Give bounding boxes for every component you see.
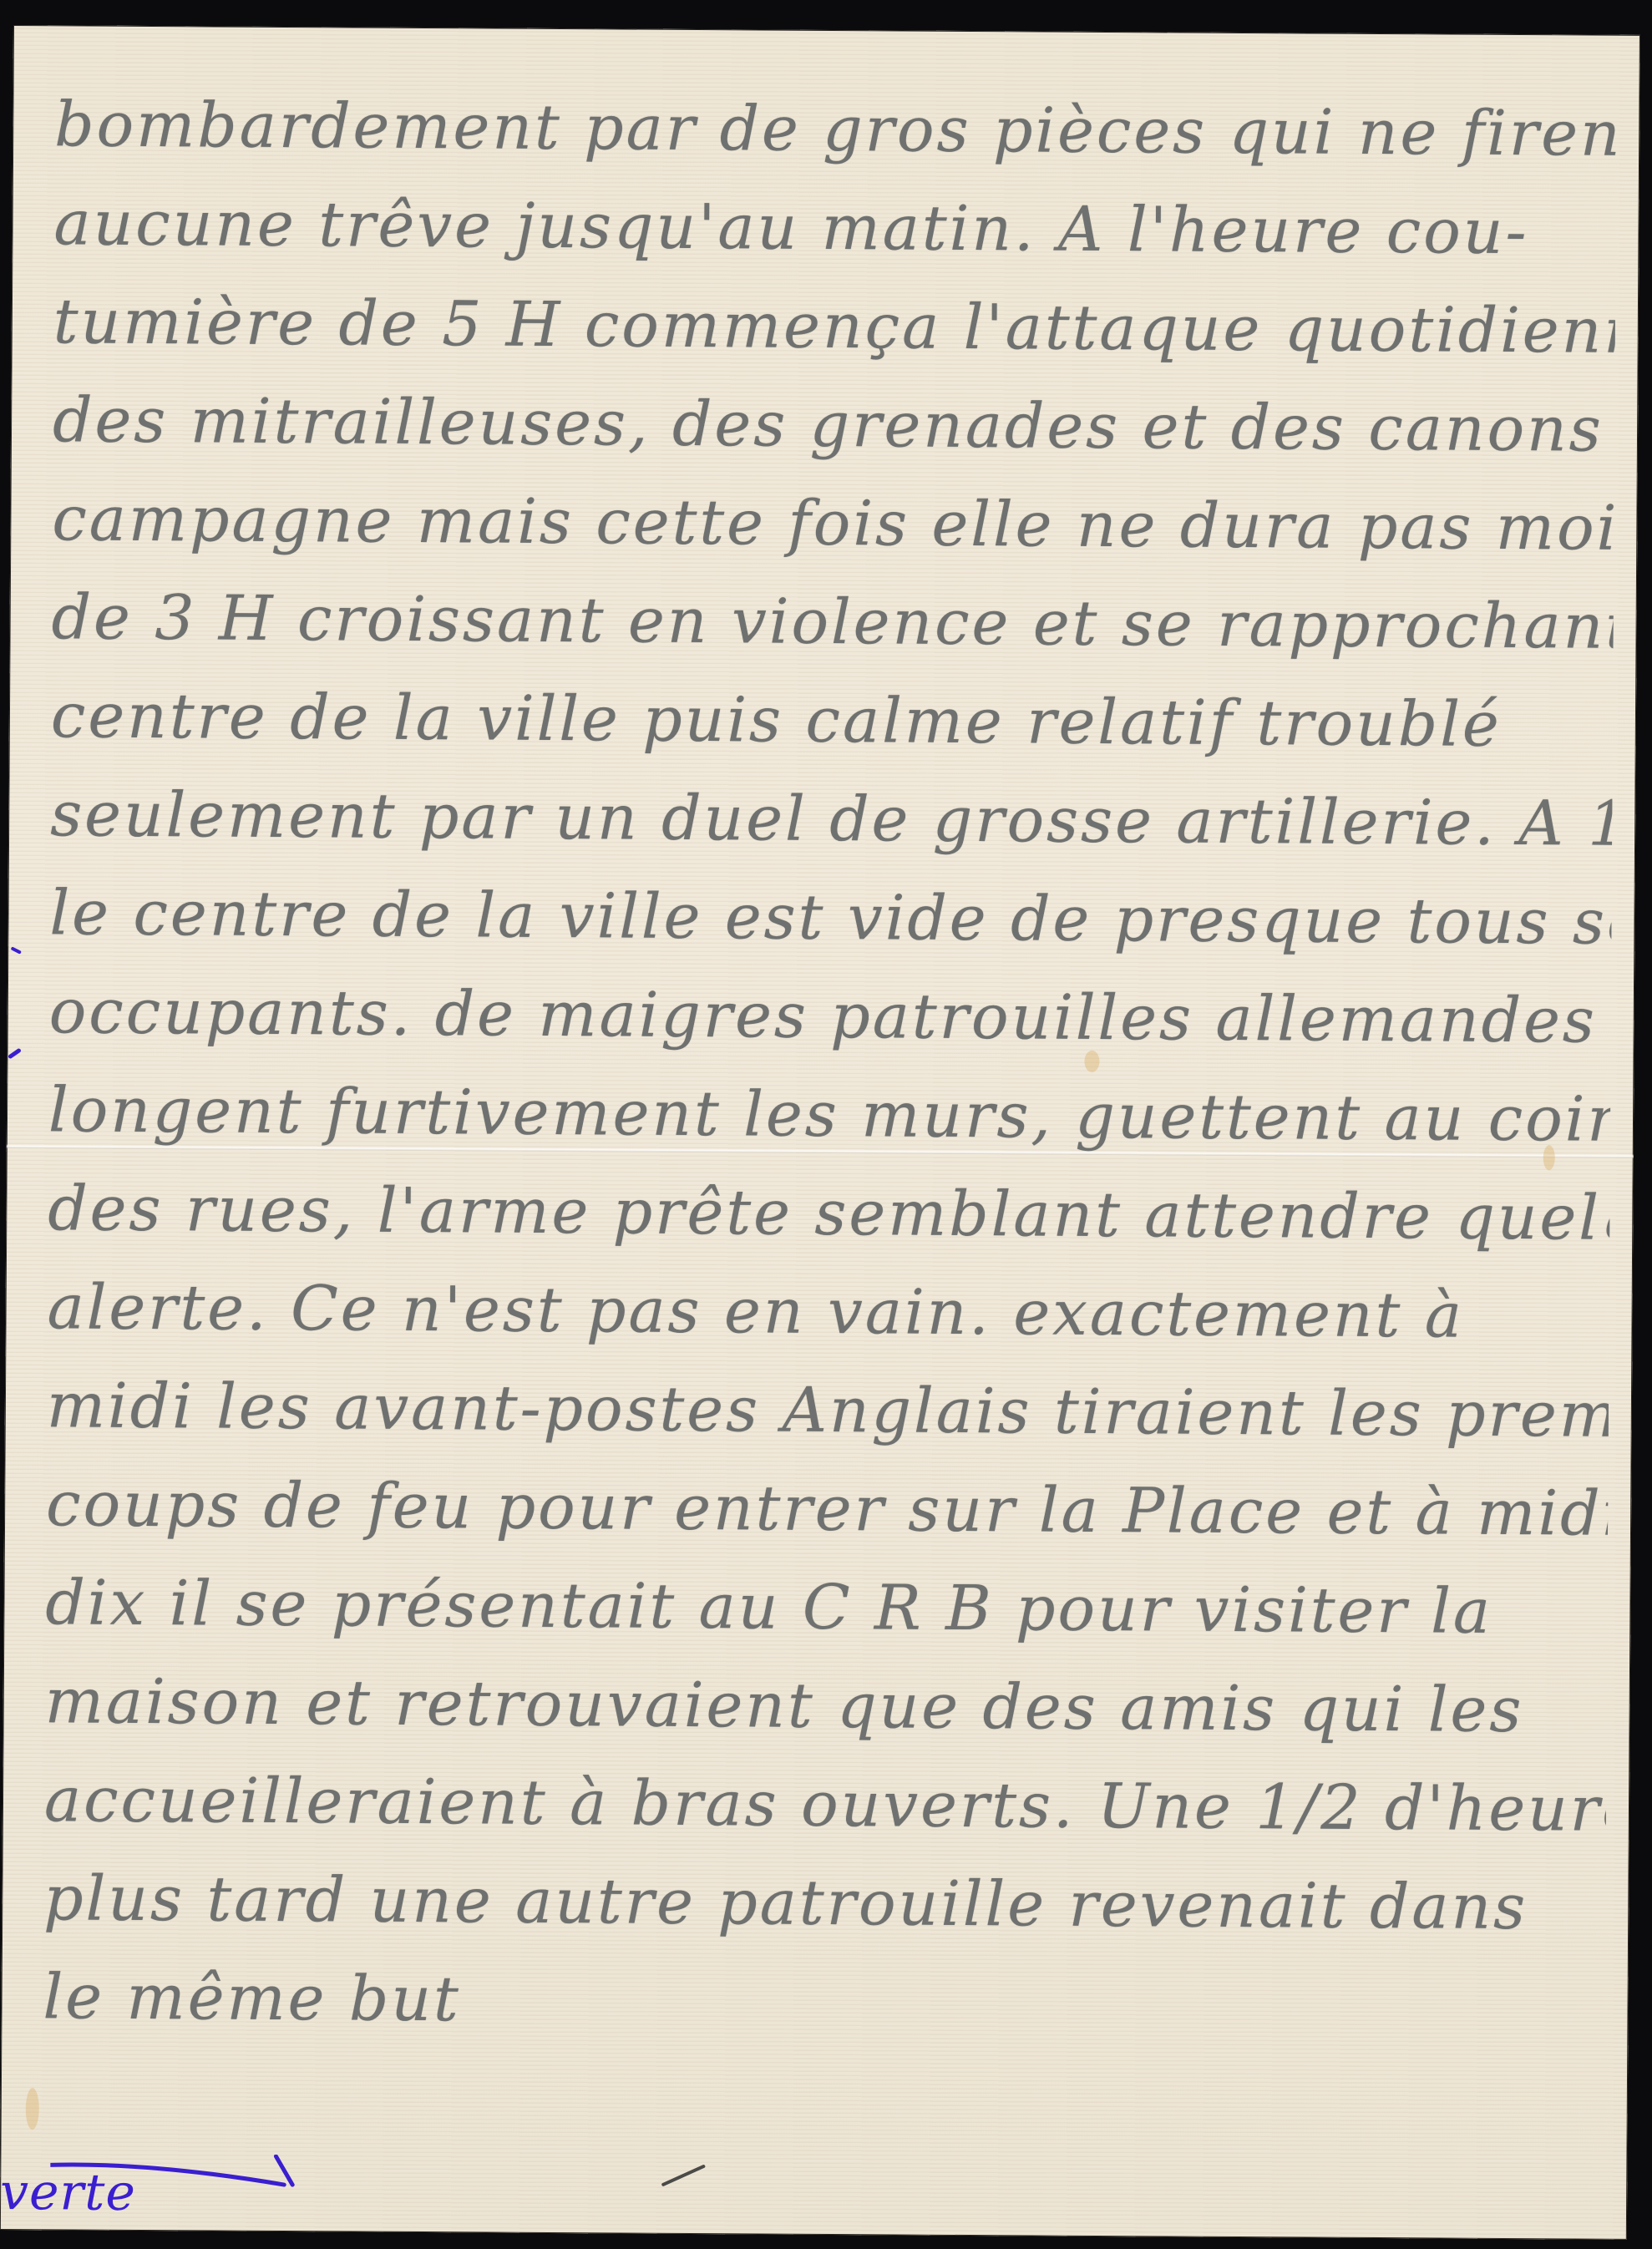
- text-line: dix il se présentait au C R B pour visit…: [45, 1553, 1608, 1661]
- text-line: le centre de la ville est vide de presqu…: [49, 864, 1612, 971]
- text-line: bombardement par de gros pièces qui ne f…: [54, 75, 1617, 183]
- letter-page: bombardement par de gros pièces qui ne f…: [0, 25, 1640, 2240]
- blue-margin-annotation: verte: [0, 2163, 136, 2222]
- text-line: coups de feu pour entrer sur la Place et…: [46, 1455, 1609, 1563]
- text-line: plus tard une autre patrouille revenait …: [43, 1849, 1606, 1957]
- text-line: centre de la ville puis calme relatif tr…: [51, 666, 1614, 774]
- text-line: aucune trêve jusqu'au matin. A l'heure c…: [53, 174, 1616, 281]
- text-line: des rues, l'arme prête semblant attendre…: [48, 1159, 1610, 1267]
- text-line: maison et retrouvaient que des amis qui …: [44, 1652, 1607, 1760]
- text-line: occupants. de maigres patrouilles allema…: [48, 962, 1611, 1070]
- handwritten-text-body: bombardement par de gros pièces qui ne f…: [43, 75, 1616, 2055]
- text-line: alerte. Ce n'est pas en vain. exactement…: [47, 1258, 1609, 1365]
- text-line: tumière de 5 H commença l'attaque quotid…: [53, 272, 1615, 380]
- text-line: de 3 H croissant en violence et se rappr…: [51, 568, 1614, 676]
- text-line: longent furtivement les murs, guettent a…: [48, 1061, 1611, 1168]
- text-line: campagne mais cette fois elle ne dura pa…: [52, 469, 1614, 577]
- pencil-mark: [660, 2163, 710, 2188]
- text-line: le même but: [43, 1948, 1605, 2055]
- text-line: des mitrailleuses, des grenades et des c…: [53, 371, 1615, 479]
- paper-stain: [26, 2088, 39, 2130]
- text-line: accueilleraient à bras ouverts. Une 1/2 …: [44, 1750, 1607, 1858]
- blue-margin-marks: [7, 944, 24, 1111]
- text-line: midi les avant-postes Anglais tiraient l…: [47, 1356, 1609, 1464]
- text-line: seulement par un duel de grosse artiller…: [50, 765, 1613, 873]
